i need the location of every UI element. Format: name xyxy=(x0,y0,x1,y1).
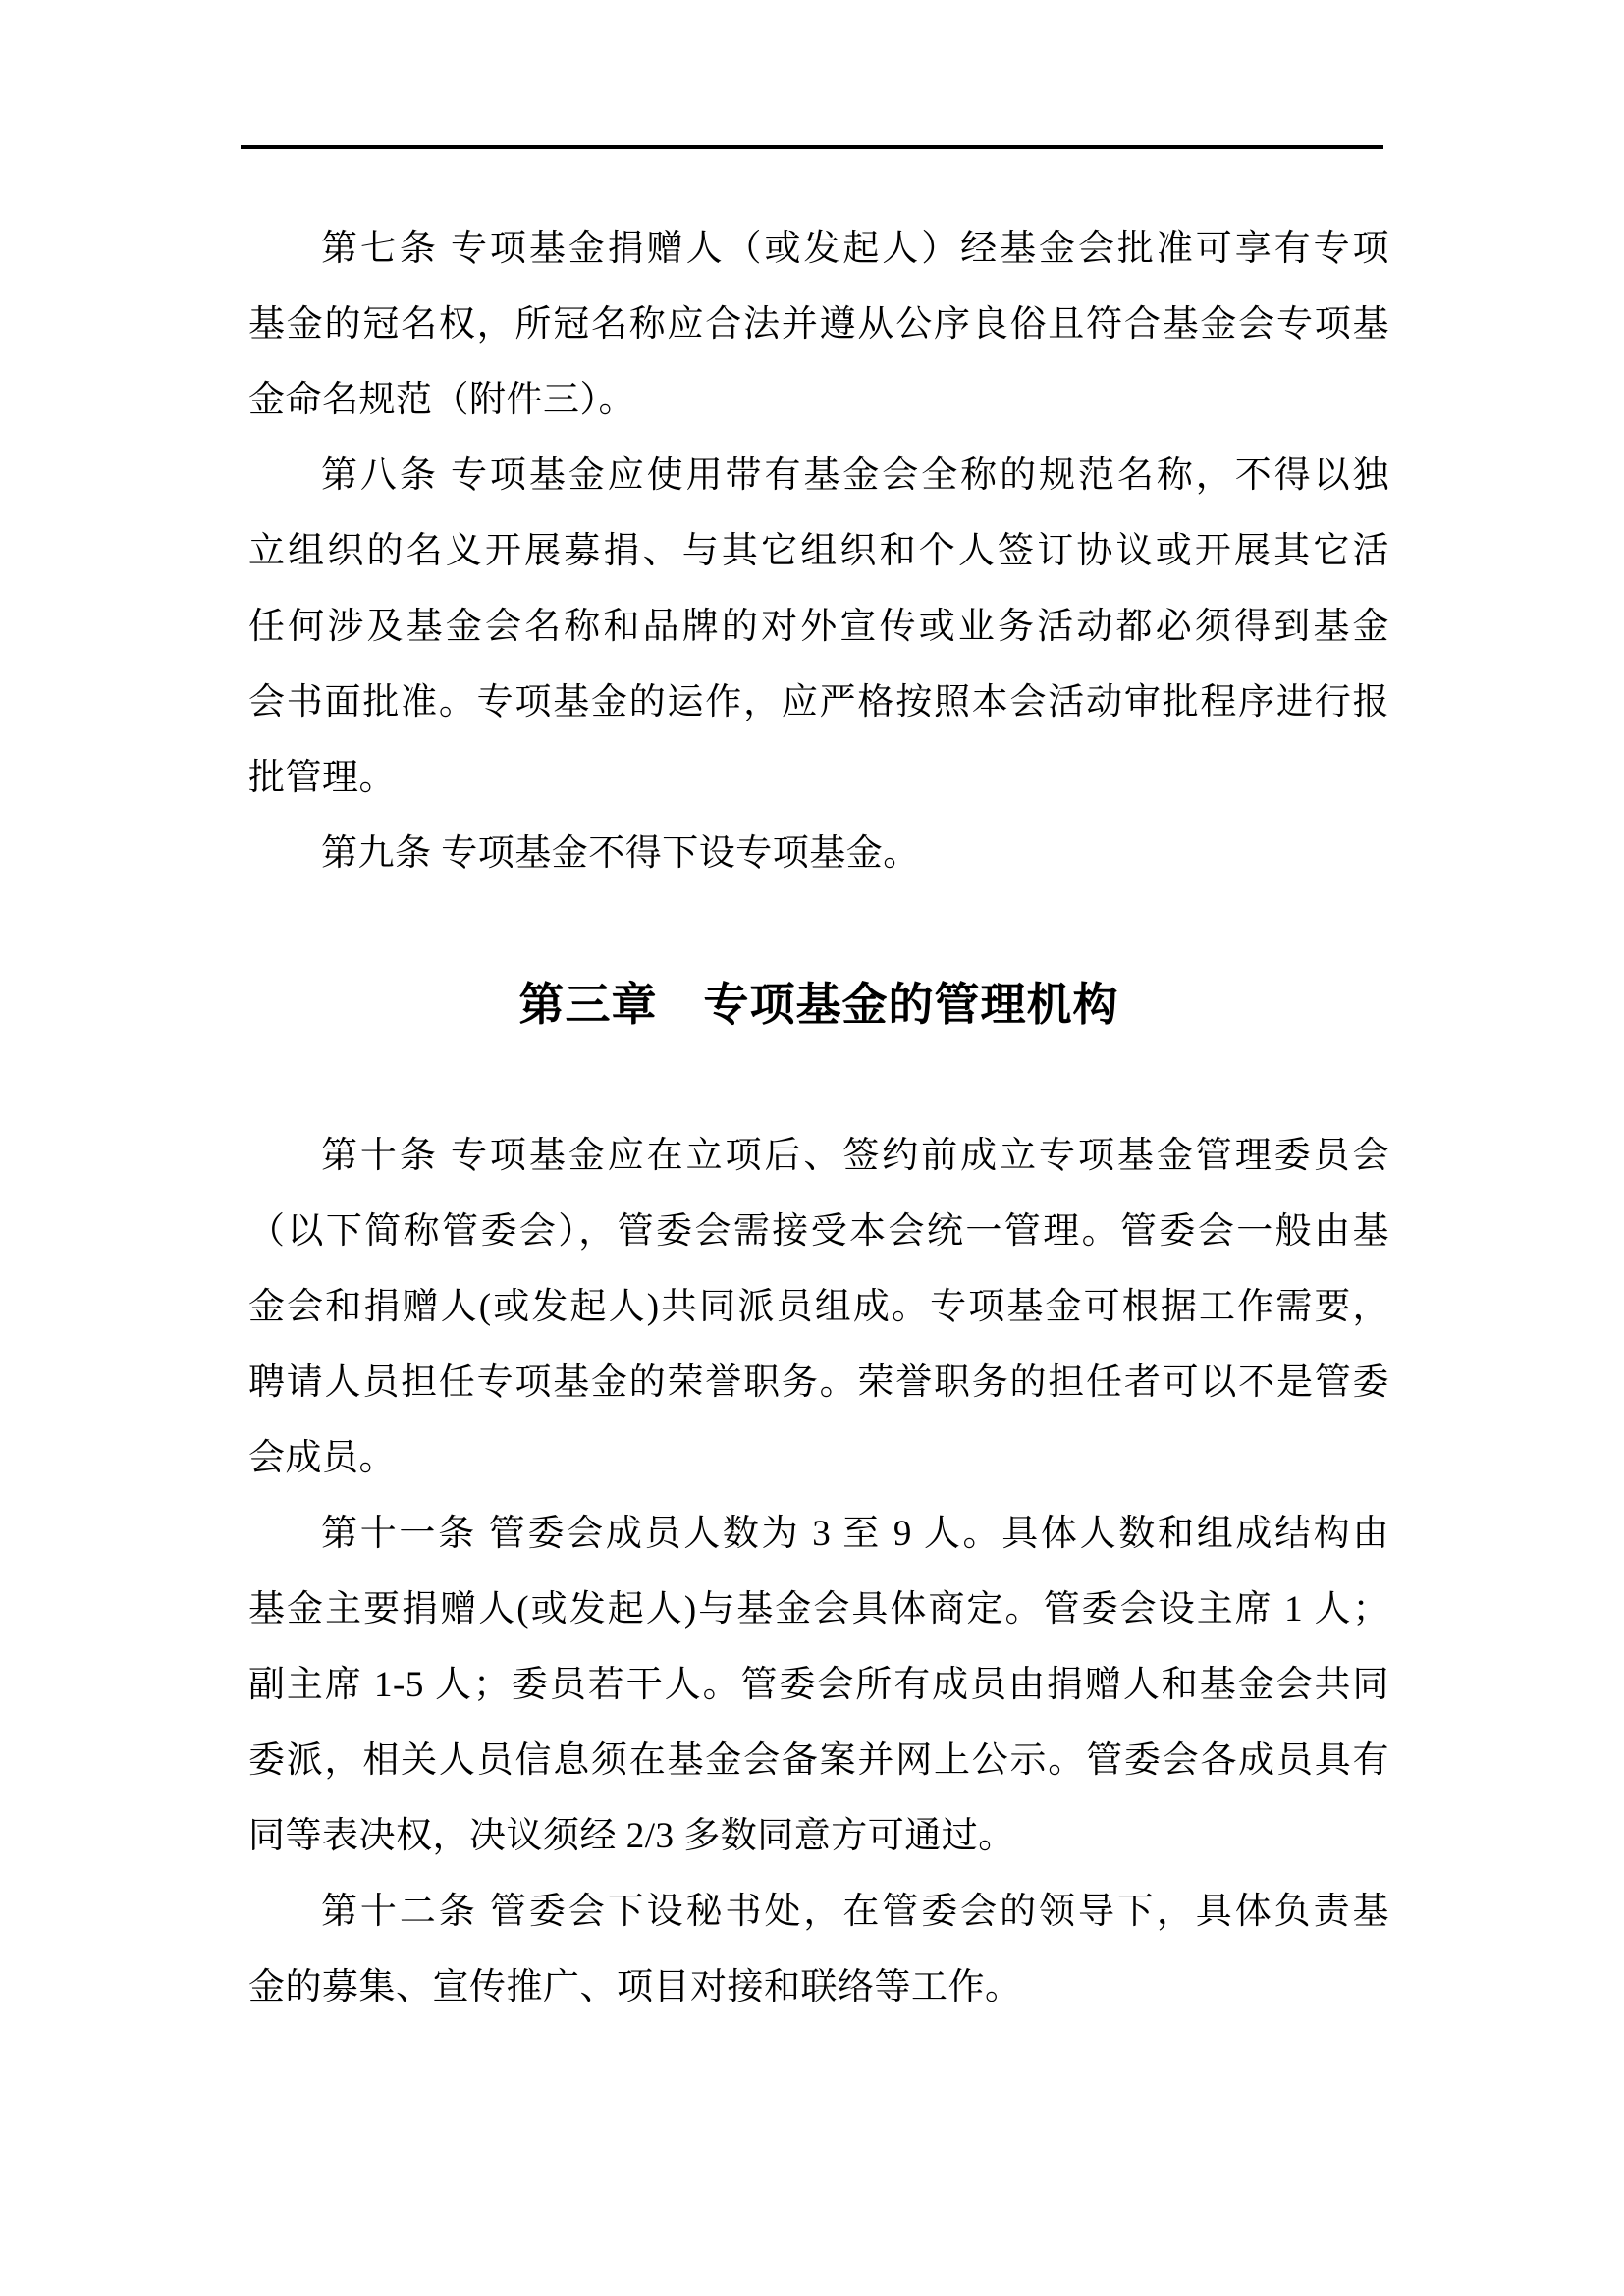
text-line: 委派，相关人员信息须在基金会备案并网上公示。管委会各成员具有 xyxy=(248,1723,1389,1798)
text-line: （以下简称管委会），管委会需接受本会统一管理。管委会一般由基 xyxy=(248,1194,1389,1269)
chapter-heading: 第三章 专项基金的管理机构 xyxy=(248,967,1389,1042)
text-line: 聘请人员担任专项基金的荣誉职务。荣誉职务的担任者可以不是管委 xyxy=(248,1345,1389,1420)
text-line: 同等表决权，决议须经 2/3 多数同意方可通过。 xyxy=(248,1798,1389,1874)
text-line: 立组织的名义开展募捐、与其它组织和个人签订协议或开展其它活动； xyxy=(248,513,1389,589)
text-line: 第十一条 管委会成员人数为 3 至 9 人。具体人数和组成结构由 xyxy=(248,1496,1389,1572)
text-line: 基金的冠名权，所冠名称应合法并遵从公序良俗且符合基金会专项基 xyxy=(248,287,1389,362)
text-line: 批管理。 xyxy=(248,740,1389,816)
text-line: 第十二条 管委会下设秘书处，在管委会的领导下，具体负责基 xyxy=(248,1874,1389,1949)
text-line: 会书面批准。专项基金的运作，应严格按照本会活动审批程序进行报 xyxy=(248,665,1389,740)
text-line: 第九条 专项基金不得下设专项基金。 xyxy=(248,816,1389,891)
text-line: 第八条 专项基金应使用带有基金会全称的规范名称，不得以独 xyxy=(248,438,1389,513)
text-line: 金的募集、宣传推广、项目对接和联络等工作。 xyxy=(248,1949,1389,2025)
text-line: 副主席 1-5 人；委员若干人。管委会所有成员由捐赠人和基金会共同 xyxy=(248,1647,1389,1723)
text-line: 金命名规范（附件三）。 xyxy=(248,362,1389,438)
empty-line xyxy=(248,1042,1389,1118)
text-line: 第七条 专项基金捐赠人（或发起人）经基金会批准可享有专项 xyxy=(248,211,1389,287)
text-line: 基金主要捐赠人(或发起人)与基金会具体商定。管委会设主席 1 人； xyxy=(248,1572,1389,1647)
text-line: 第十条 专项基金应在立项后、签约前成立专项基金管理委员会 xyxy=(248,1118,1389,1194)
text-line: 会成员。 xyxy=(248,1420,1389,1496)
document-page: 第七条 专项基金捐赠人（或发起人）经基金会批准可享有专项基金的冠名权，所冠名称应… xyxy=(0,0,1624,2296)
document-body: 第七条 专项基金捐赠人（或发起人）经基金会批准可享有专项基金的冠名权，所冠名称应… xyxy=(248,211,1389,2025)
header-divider-rule xyxy=(241,145,1383,149)
empty-line xyxy=(248,891,1389,967)
text-line: 任何涉及基金会名称和品牌的对外宣传或业务活动都必须得到基金 xyxy=(248,589,1389,665)
text-line: 金会和捐赠人(或发起人)共同派员组成。专项基金可根据工作需要， xyxy=(248,1269,1389,1345)
